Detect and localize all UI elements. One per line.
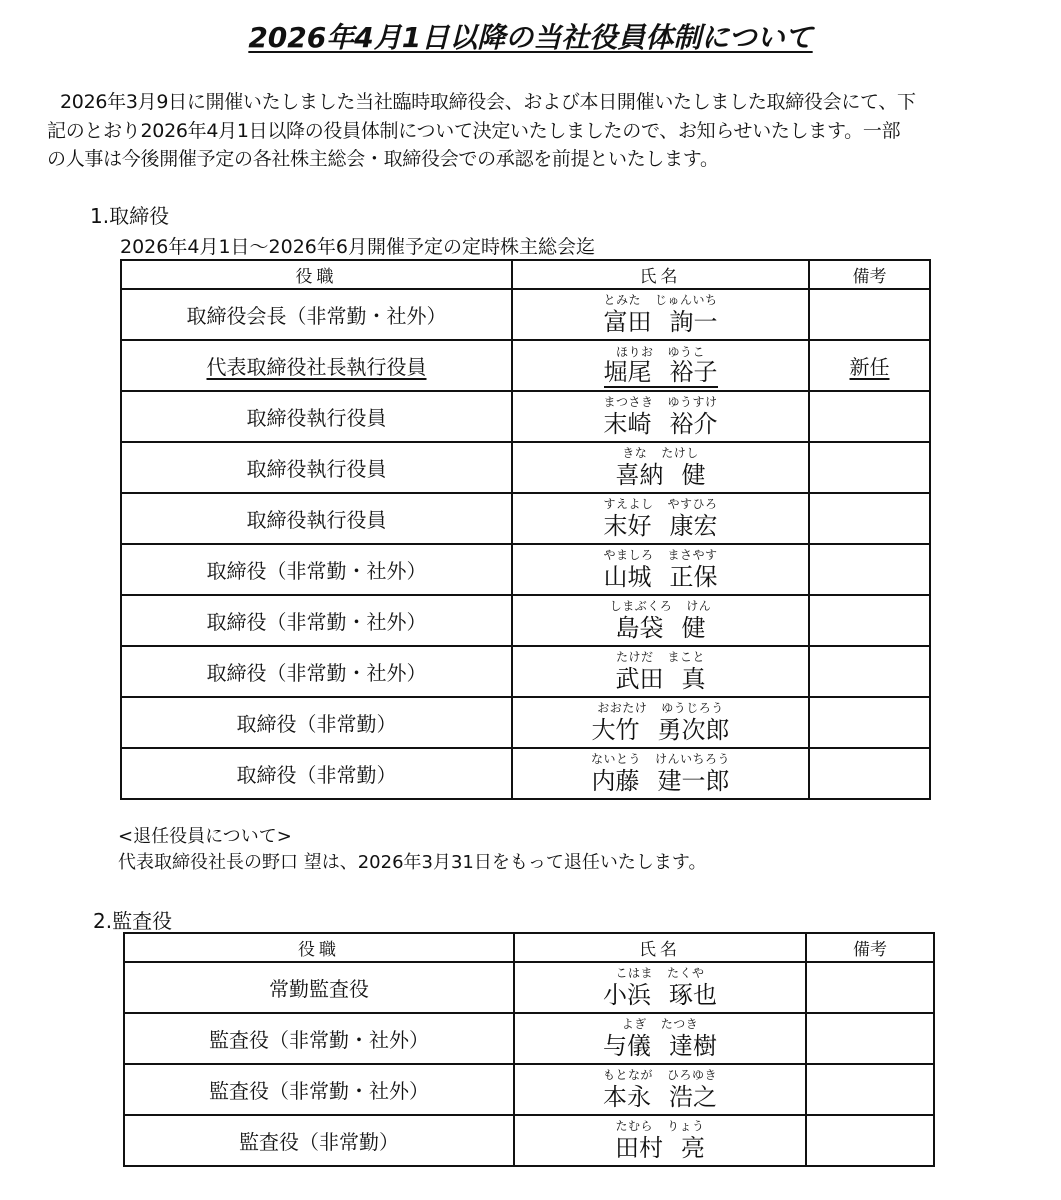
person-name: 与儀達樹 bbox=[603, 1031, 717, 1061]
table-row: 監査役（非常勤・社外）もとながひろゆき本永浩之 bbox=[124, 1064, 934, 1115]
given-name: 正保 bbox=[670, 563, 718, 591]
name-reading: たむらりょう bbox=[515, 1119, 805, 1133]
reading-family: まつさき bbox=[603, 395, 653, 409]
given-name: 健 bbox=[682, 614, 706, 642]
given-name: 勇次郎 bbox=[658, 716, 730, 744]
person-name: 田村亮 bbox=[615, 1133, 705, 1163]
family-name: 大竹 bbox=[592, 716, 640, 744]
table-row: 常勤監査役こはまたくや小浜琢也 bbox=[124, 962, 934, 1013]
family-name: 武田 bbox=[616, 665, 664, 693]
name-cell: たむらりょう田村亮 bbox=[514, 1115, 806, 1166]
role-title: 取締役（非常勤） bbox=[237, 763, 397, 787]
name-cell: たけだまこと武田真 bbox=[512, 646, 809, 697]
reading-family: おおたけ bbox=[597, 701, 647, 715]
family-name: 田村 bbox=[615, 1134, 663, 1162]
given-name: 詢一 bbox=[670, 308, 718, 336]
person-name: 武田真 bbox=[616, 664, 706, 694]
reading-family: ほりお bbox=[616, 345, 654, 359]
reading-given: たくや bbox=[667, 966, 705, 980]
given-name: 琢也 bbox=[669, 981, 717, 1009]
name-reading: まつさきゆうすけ bbox=[513, 395, 808, 409]
role-title: 常勤監査役 bbox=[269, 977, 369, 1001]
person-name: 喜納健 bbox=[616, 460, 706, 490]
column-header-role: 役職 bbox=[121, 260, 512, 289]
column-header-remarks: 備考 bbox=[809, 260, 930, 289]
auditors-table: 役職 氏名 備考 常勤監査役こはまたくや小浜琢也監査役（非常勤・社外）よぎたつき… bbox=[123, 932, 935, 1167]
reading-given: じゅんいち bbox=[655, 293, 718, 307]
retirement-text: 代表取締役社長の野口 望は、2026年3月31日をもって退任いたします。 bbox=[118, 848, 706, 874]
name-reading: おおたけゆうじろう bbox=[513, 701, 808, 715]
retirement-heading: <退任役員について> bbox=[118, 822, 292, 848]
directors-table: 役職 氏名 備考 取締役会長（非常勤・社外）とみたじゅんいち富田詢一代表取締役社… bbox=[120, 259, 931, 800]
family-name: 島袋 bbox=[616, 614, 664, 642]
role-title: 監査役（非常勤・社外） bbox=[209, 1079, 429, 1103]
family-name: 堀尾 bbox=[604, 358, 652, 386]
family-name: 本永 bbox=[603, 1083, 651, 1111]
table-row: 取締役執行役員きなたけし喜納健 bbox=[121, 442, 930, 493]
role-title: 取締役（非常勤・社外） bbox=[207, 661, 427, 685]
person-name: 末崎裕介 bbox=[604, 409, 718, 439]
person-name: 島袋健 bbox=[616, 613, 706, 643]
reading-family: よぎ bbox=[622, 1017, 647, 1031]
given-name: 浩之 bbox=[669, 1083, 717, 1111]
name-cell: もとながひろゆき本永浩之 bbox=[514, 1064, 806, 1115]
person-name: 内藤建一郎 bbox=[592, 766, 730, 796]
reading-family: ないとう bbox=[591, 752, 641, 766]
given-name: 達樹 bbox=[669, 1032, 717, 1060]
name-reading: もとながひろゆき bbox=[515, 1068, 805, 1082]
table-row: 取締役執行役員まつさきゆうすけ末崎裕介 bbox=[121, 391, 930, 442]
reading-given: やすひろ bbox=[668, 497, 718, 511]
column-header-name: 氏名 bbox=[514, 933, 806, 962]
given-name: 裕子 bbox=[670, 358, 718, 386]
role-title: 監査役（非常勤・社外） bbox=[209, 1028, 429, 1052]
reading-given: まさやす bbox=[668, 548, 718, 562]
name-reading: しまぶくろけん bbox=[513, 599, 808, 613]
person-name: 末好康宏 bbox=[604, 511, 718, 541]
reading-family: しまぶくろ bbox=[610, 599, 673, 613]
reading-given: ひろゆき bbox=[667, 1068, 717, 1082]
section1-heading: 1.取締役 bbox=[90, 200, 169, 229]
reading-family: もとなが bbox=[603, 1068, 653, 1082]
family-name: 末崎 bbox=[604, 410, 652, 438]
role-title: 取締役執行役員 bbox=[247, 406, 387, 430]
role-title: 代表取締役社長執行役員 bbox=[207, 355, 427, 379]
section2-heading: 2.監査役 bbox=[93, 905, 172, 934]
column-header-remarks: 備考 bbox=[806, 933, 934, 962]
name-cell: しまぶくろけん島袋健 bbox=[512, 595, 809, 646]
reading-given: けん bbox=[686, 599, 711, 613]
reading-family: こはま bbox=[615, 966, 653, 980]
person-name: 小浜琢也 bbox=[603, 980, 717, 1010]
family-name: 内藤 bbox=[592, 767, 640, 795]
name-reading: たけだまこと bbox=[513, 650, 808, 664]
name-reading: こはまたくや bbox=[515, 966, 805, 980]
name-reading: きなたけし bbox=[513, 446, 808, 460]
given-name: 裕介 bbox=[670, 410, 718, 438]
family-name: 小浜 bbox=[603, 981, 651, 1009]
table-row: 取締役（非常勤・社外）やましろまさやす山城正保 bbox=[121, 544, 930, 595]
intro-line-1: 2026年3月9日に開催いたしました当社臨時取締役会、および本日開催いたしました… bbox=[60, 88, 916, 116]
reading-family: たけだ bbox=[616, 650, 654, 664]
reading-given: たつき bbox=[661, 1017, 699, 1031]
given-name: 建一郎 bbox=[658, 767, 730, 795]
table-header-row: 役職 氏名 備考 bbox=[124, 933, 934, 962]
family-name: 末好 bbox=[604, 512, 652, 540]
name-cell: きなたけし喜納健 bbox=[512, 442, 809, 493]
table-row: 取締役（非常勤）ないとうけんいちろう内藤建一郎 bbox=[121, 748, 930, 799]
table-row: 取締役（非常勤）おおたけゆうじろう大竹勇次郎 bbox=[121, 697, 930, 748]
given-name: 健 bbox=[682, 461, 706, 489]
table-row: 監査役（非常勤・社外）よぎたつき与儀達樹 bbox=[124, 1013, 934, 1064]
remarks-value: 新任 bbox=[850, 355, 890, 379]
reading-given: ゆうじろう bbox=[661, 701, 724, 715]
role-title: 取締役（非常勤） bbox=[237, 712, 397, 736]
family-name: 富田 bbox=[604, 308, 652, 336]
name-cell: とみたじゅんいち富田詢一 bbox=[512, 289, 809, 340]
reading-given: たけし bbox=[661, 446, 699, 460]
family-name: 与儀 bbox=[603, 1032, 651, 1060]
person-name: 富田詢一 bbox=[604, 307, 718, 337]
column-header-role: 役職 bbox=[124, 933, 514, 962]
reading-family: やましろ bbox=[603, 548, 653, 562]
reading-given: りょう bbox=[667, 1119, 705, 1133]
role-title: 取締役執行役員 bbox=[247, 457, 387, 481]
intro-line-2: 記のとおり2026年4月1日以降の役員体制について決定いたしましたので、お知らせ… bbox=[47, 117, 900, 145]
name-reading: すえよしやすひろ bbox=[513, 497, 808, 511]
intro-line-3: の人事は今後開催予定の各社株主総会・取締役会での承認を前提といたします。 bbox=[47, 145, 719, 173]
person-name: 山城正保 bbox=[604, 562, 718, 592]
person-name: 堀尾裕子 bbox=[604, 359, 718, 388]
family-name: 山城 bbox=[604, 563, 652, 591]
table-row: 代表取締役社長執行役員ほりおゆうこ堀尾裕子新任 bbox=[121, 340, 930, 391]
name-cell: おおたけゆうじろう大竹勇次郎 bbox=[512, 697, 809, 748]
given-name: 真 bbox=[682, 665, 706, 693]
table-row: 取締役（非常勤・社外）たけだまこと武田真 bbox=[121, 646, 930, 697]
name-cell: ないとうけんいちろう内藤建一郎 bbox=[512, 748, 809, 799]
person-name: 本永浩之 bbox=[603, 1082, 717, 1112]
role-title: 取締役（非常勤・社外） bbox=[207, 559, 427, 583]
reading-family: たむら bbox=[615, 1119, 653, 1133]
table-row: 取締役執行役員すえよしやすひろ末好康宏 bbox=[121, 493, 930, 544]
given-name: 亮 bbox=[681, 1134, 705, 1162]
name-reading: ないとうけんいちろう bbox=[513, 752, 808, 766]
name-cell: まつさきゆうすけ末崎裕介 bbox=[512, 391, 809, 442]
reading-given: ゆうすけ bbox=[668, 395, 718, 409]
reading-given: まこと bbox=[668, 650, 706, 664]
table-row: 取締役会長（非常勤・社外）とみたじゅんいち富田詢一 bbox=[121, 289, 930, 340]
family-name: 喜納 bbox=[616, 461, 664, 489]
table-header-row: 役職 氏名 備考 bbox=[121, 260, 930, 289]
given-name: 康宏 bbox=[670, 512, 718, 540]
name-cell: よぎたつき与儀達樹 bbox=[514, 1013, 806, 1064]
name-reading: よぎたつき bbox=[515, 1017, 805, 1031]
name-cell: すえよしやすひろ末好康宏 bbox=[512, 493, 809, 544]
reading-family: とみた bbox=[603, 293, 641, 307]
name-cell: ほりおゆうこ堀尾裕子 bbox=[512, 340, 809, 391]
reading-family: すえよし bbox=[603, 497, 653, 511]
role-title: 監査役（非常勤） bbox=[239, 1130, 399, 1154]
section1-period: 2026年4月1日～2026年6月開催予定の定時株主総会迄 bbox=[120, 232, 595, 259]
person-name: 大竹勇次郎 bbox=[592, 715, 730, 745]
column-header-name: 氏名 bbox=[512, 260, 809, 289]
name-cell: こはまたくや小浜琢也 bbox=[514, 962, 806, 1013]
name-reading: やましろまさやす bbox=[513, 548, 808, 562]
role-title: 取締役執行役員 bbox=[247, 508, 387, 532]
reading-given: けんいちろう bbox=[655, 752, 730, 766]
name-cell: やましろまさやす山城正保 bbox=[512, 544, 809, 595]
reading-family: きな bbox=[622, 446, 647, 460]
name-reading: とみたじゅんいち bbox=[513, 293, 808, 307]
role-title: 取締役（非常勤・社外） bbox=[207, 610, 427, 634]
table-row: 監査役（非常勤）たむらりょう田村亮 bbox=[124, 1115, 934, 1166]
name-reading: ほりおゆうこ bbox=[513, 345, 808, 359]
document-title: 2026年4月1日以降の当社役員体制について bbox=[0, 16, 1061, 56]
reading-given: ゆうこ bbox=[668, 345, 706, 359]
table-row: 取締役（非常勤・社外）しまぶくろけん島袋健 bbox=[121, 595, 930, 646]
role-title: 取締役会長（非常勤・社外） bbox=[187, 304, 447, 328]
